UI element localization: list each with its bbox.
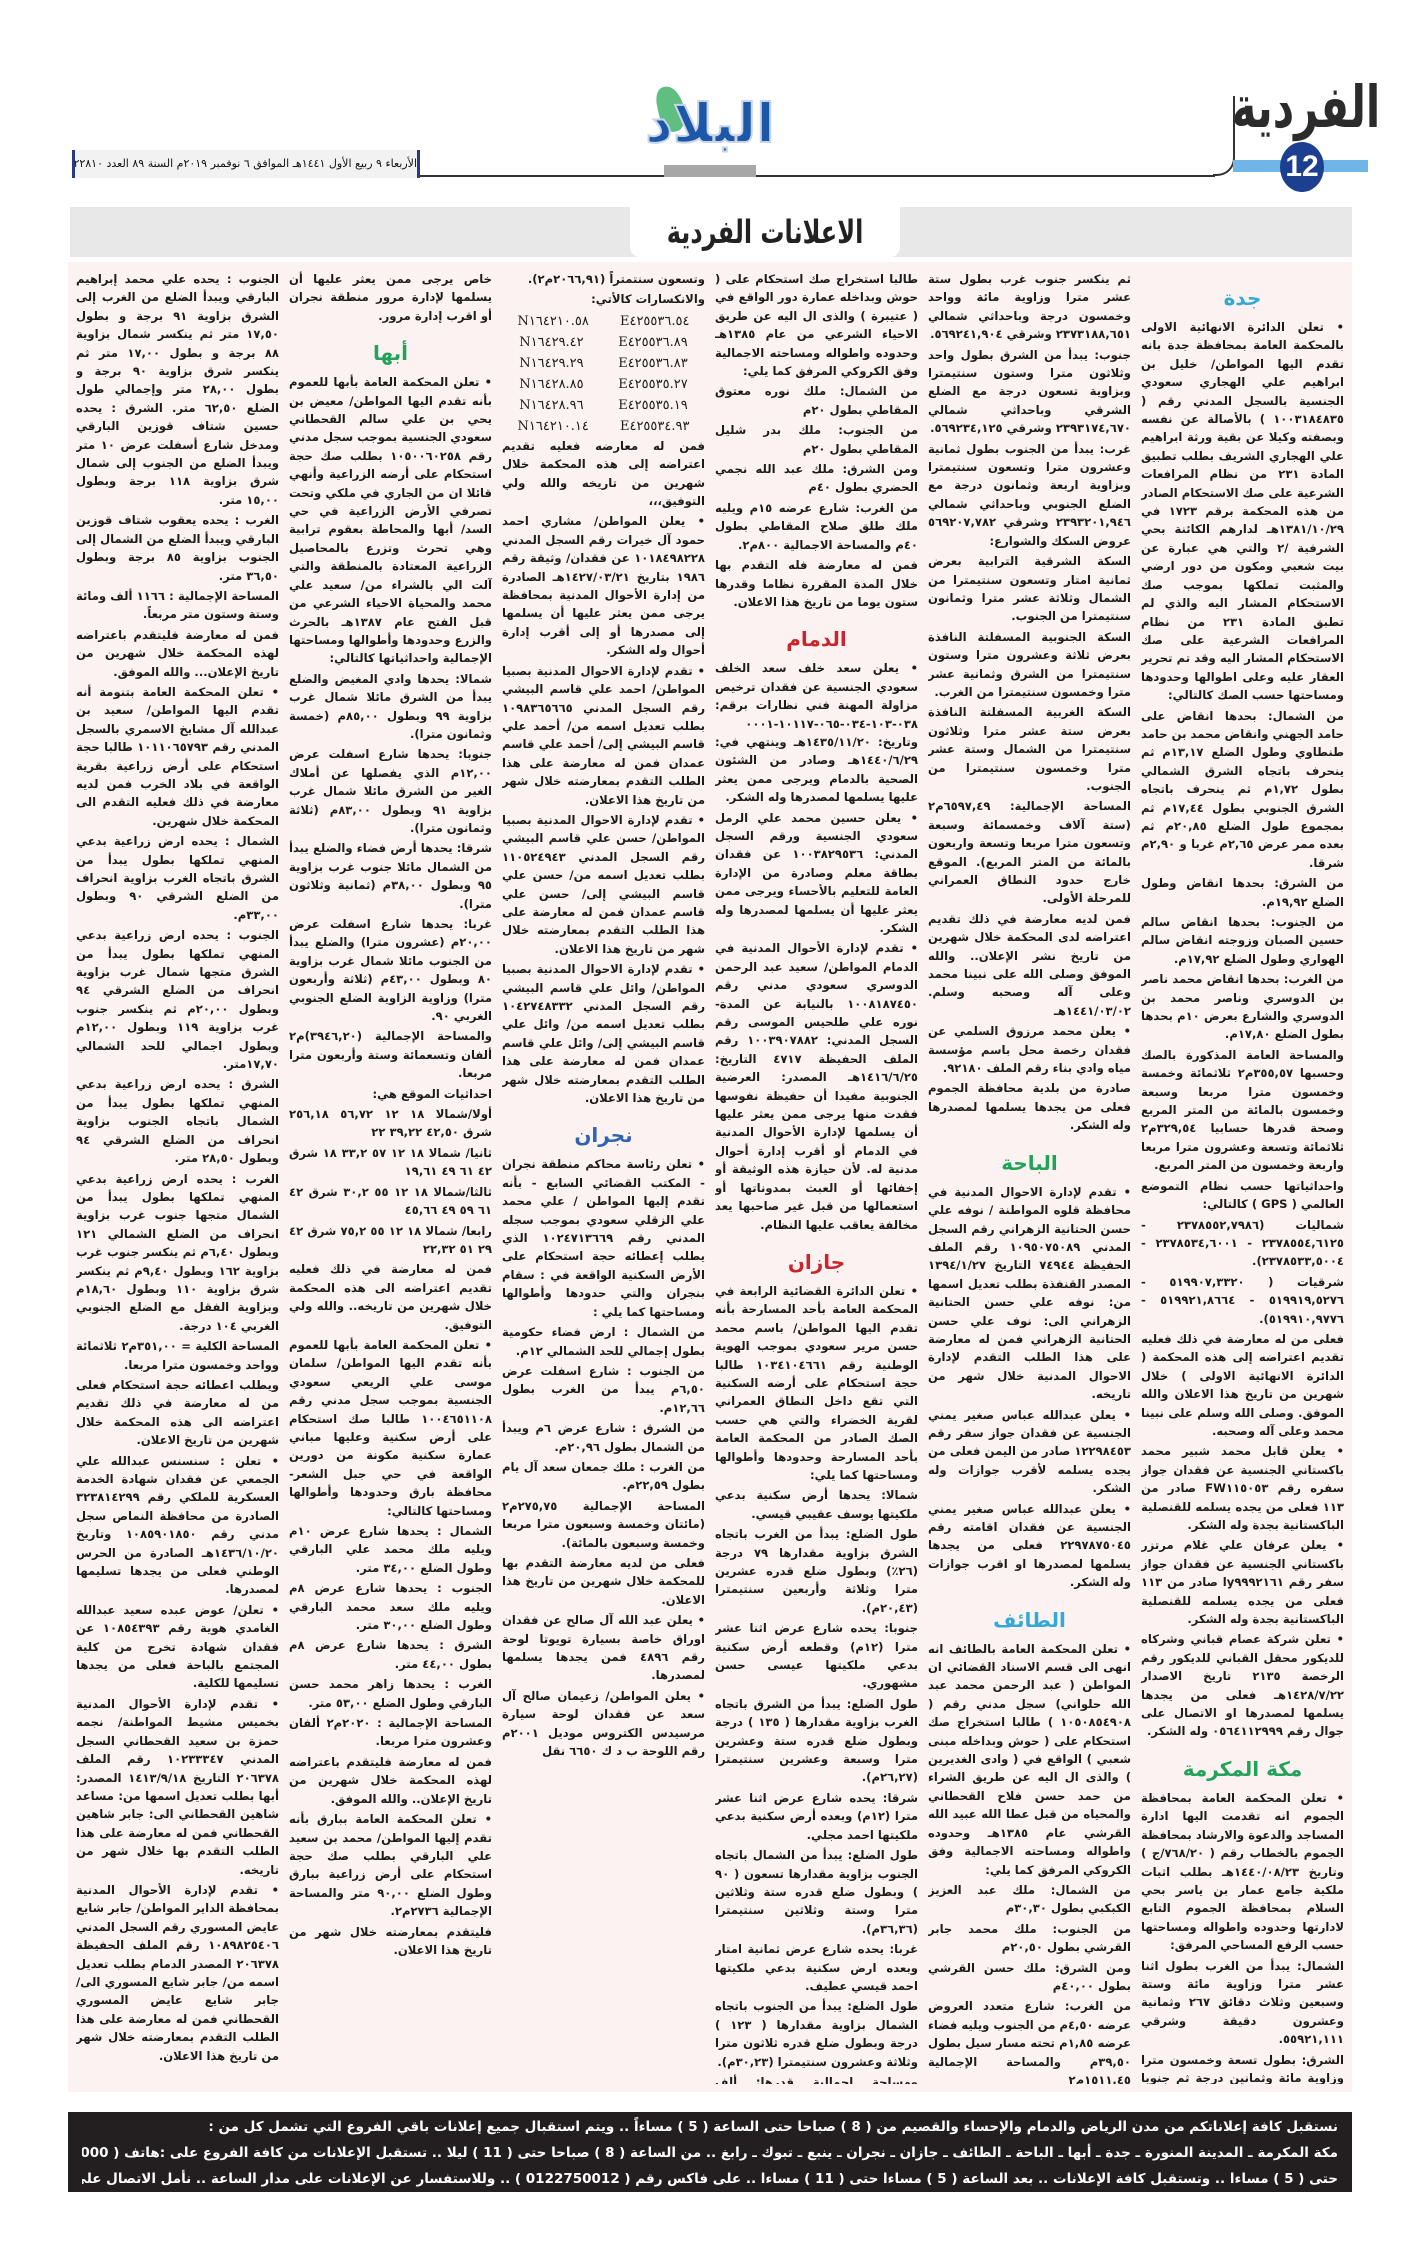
classified-ad: تعلن المحكمة العامة بتنومة أنه تقدم اليه… <box>76 683 279 830</box>
classified-ad: يعلن سعد خلف سعد الخلف سعودي الجنسية عن … <box>715 659 918 806</box>
ad-paragraph: شرقا: يحده شارع عرض اثنا عشر مترا (١٢م) … <box>715 1789 918 1844</box>
ad-paragraph: السكة الشرقية الترابية بعرض ثمانية امتار… <box>928 552 1131 626</box>
ad-paragraph: والمساحة الإجمالية (٣٩٤٦,٢٠)م٢ ألفان وتس… <box>289 1027 492 1082</box>
ad-paragraph: رابعا/ شمالا ١٨ ١٢ ٥٥ ٧٥,٢ شرق ٤٢ ٢٩ ٥١ … <box>289 1222 492 1259</box>
ad-paragraph: ثانيا/ شمالا ١٨ ١٢ ٥٧ ٣٣,٢ ١٨ شرق ٤٢ ٦١ … <box>289 1144 492 1181</box>
classified-ad: تعلن : سنسنس عبدالله علي الجمعي عن فقدان… <box>76 1452 279 1599</box>
classified-ad: يعلن عبد الله آل صالح عن فقدان اوراق خاص… <box>502 1611 705 1685</box>
ad-paragraph: صادرة من بلدية محافظة الجموم فعلى من يجد… <box>928 1079 1131 1134</box>
section-title: الفردية <box>1232 78 1380 136</box>
city-heading: أبها <box>289 341 492 365</box>
ad-paragraph: من الجنوب: ملك محمد جابر القرشي بطول ٢٠,… <box>928 1920 1131 1957</box>
city-heading: الباحة <box>928 1151 1131 1175</box>
ad-paragraph: شرقا: يحدها أرض فضاء والضلع يبدأ من الشم… <box>289 839 492 913</box>
page-number: 12 <box>1280 142 1324 192</box>
classified-ad: تعلن شركة عصام قباني وشركاه للديكور محقل… <box>1141 1630 1344 1740</box>
ad-paragraph: الجنوب : يحده علي محمد إبراهيم البارقي و… <box>76 270 279 509</box>
ad-paragraph: من الغرب : ملك جمعان سعد آل يام بطول ٢٢,… <box>502 1458 705 1495</box>
footer-line-3: حتى ( 5 ) مساءا .. وتستقبل كافة الإعلانا… <box>82 2166 1338 2192</box>
ad-paragraph: من الشرق: بحدها انقاض وطول الضلع ١٩,٩٢م. <box>1141 874 1344 911</box>
column-5: خاص يرجى ممن يعثر عليها أن يسلمها لإدارة… <box>289 270 492 2084</box>
classified-ad: تعلن المحكمة العامة بأبها للعموم بأنه تق… <box>289 373 492 668</box>
ad-paragraph: فمن له معارضة فليتقدم باعتراضه لهذه المح… <box>289 1753 492 1808</box>
column-3: طالبا استخراج صك استحكام على ( حوش وبداخ… <box>715 270 918 2084</box>
classified-ad: تقدم لإدارة الاحوال المدنية بصبيا المواط… <box>502 662 705 809</box>
ad-paragraph: فمن له معارضة فله التقدم بها خلال المدة … <box>715 556 918 611</box>
ad-paragraph: غرب: يبدأ من الجنوب بطول ثمانية وعشرون م… <box>928 440 1131 550</box>
ad-paragraph: طول الضلع: يبدأ من الشمال باتجاه الجنوب … <box>715 1846 918 1938</box>
ad-paragraph: الغرب : يحده ارض زراعية بدعي المنهي تملك… <box>76 1170 279 1336</box>
easting-value: E٤٢٥٥٣٦.٨٣ <box>618 353 688 374</box>
ad-paragraph: من الغرب: شارع متعدد العروض عرضه ٤,٥٠م م… <box>928 1997 1131 2084</box>
ad-paragraph: ثم ينكسر جنوب غرب بطول ستة عشر مترا وزاو… <box>928 270 1131 344</box>
ad-paragraph: من الشمال: ملك نوره معتوق المقاطي بطول ٢… <box>715 382 918 419</box>
city-heading: الطائف <box>928 1608 1131 1632</box>
ad-paragraph: المساحة الإجمالية : ٢٠٢٠م٢ ألفان وعشرون … <box>289 1714 492 1751</box>
ad-paragraph: شرقيات ( ٥١٩٩٠٧,٣٣٢٠ - ٥١٩٩١٩,٥٢٧٦ - ٥١٩… <box>1141 1273 1344 1328</box>
ad-paragraph: المساحة الإجمالية: ٦٥٩٧,٤٩م٢ (ستة آلاف و… <box>928 797 1131 907</box>
classified-ad: يعلن حسين محمد علي الرمل سعودي الجنسية و… <box>715 809 918 938</box>
classified-ad: تقدم لإدارة الأحوال المدنية في الدمام ال… <box>715 939 918 1234</box>
logo-underbar <box>664 165 756 177</box>
ad-paragraph: السكة الجنوبية المسفلتة النافذة بعرض ثلا… <box>928 628 1131 702</box>
ad-paragraph: احداثيات الموقع هي: <box>289 1085 492 1103</box>
ad-paragraph: وتسعون سنتمتراً (٢٠٦٦,٩١م٢). <box>502 270 705 288</box>
ad-paragraph: جنوبا: يحده شارع عرض اثنا عشر مترا (١٢م)… <box>715 1619 918 1693</box>
city-heading: نجران <box>502 1123 705 1147</box>
easting-value: E٤٢٥٥٣٦.٥٤ <box>620 311 690 332</box>
coordinate-row: N١٦٤٢٨.٨٥E٤٢٥٥٣٥.٢٧ <box>502 374 705 395</box>
city-heading: جازان <box>715 1250 918 1274</box>
northing-value: N١٦٤٢١٠.١٤ <box>518 416 589 437</box>
ad-paragraph: من الشرق : شارع عرض ٦م ويبدأ من الشمال ب… <box>502 1419 705 1456</box>
classified-ad: تقدم لإدارة الأحوال المدنية بمحافظة الدا… <box>76 1881 279 2065</box>
ad-paragraph: خاص يرجى ممن يعثر عليها أن يسلمها لإدارة… <box>289 270 492 325</box>
ad-paragraph: فمن له معارضة فليتقدم باعتراضه لهذه المح… <box>76 626 279 681</box>
classified-ad: تعلن الدائرة القضائية الرابعة في المحكمة… <box>715 1282 918 1484</box>
section-banner: الاعلانات الفردية <box>70 207 1352 257</box>
ad-paragraph: من الجنوب: بحدها انقاض سالم حسين الصبان … <box>1141 913 1344 968</box>
ad-paragraph: واحداثياتها حسب نظام التموضع العالمي ( G… <box>1141 1177 1344 1214</box>
ad-paragraph: غربا: يحده شارع عرض ثمانية امتار وبعده ا… <box>715 1940 918 1995</box>
ad-paragraph: الشمال : يحده ارض زراعية بدعي المنهي تمل… <box>76 832 279 924</box>
classified-ad: تعلن المحكمة العامة ببارق بأنه تقدم إليه… <box>289 1810 492 1920</box>
ad-paragraph: طول الضلع: يبدأ من الشرق باتجاه الغرب بز… <box>715 1695 918 1787</box>
ad-paragraph: فليتقدم بمعارضته خلال شهر من تاريخ هذا ا… <box>289 1923 492 1960</box>
ad-paragraph: الغرب : يحدها زاهر محمد حسن البارقي وطول… <box>289 1675 492 1712</box>
column-6: الجنوب : يحده علي محمد إبراهيم البارقي و… <box>76 270 279 2084</box>
newspaper-logo: البلاد <box>640 78 780 170</box>
coordinate-row: N١٦٤٢٩.٤٢E٤٢٥٥٣٦.٨٩ <box>502 332 705 353</box>
northing-value: N١٦٤٢٩.٤٢ <box>519 332 583 353</box>
ad-paragraph: السكة الغربية المسفلتة النافذة بعرض ستة … <box>928 703 1131 795</box>
classified-ad: يعلن عبدالله عباس صغير يمني الجنسية عن ف… <box>928 1500 1131 1592</box>
northing-value: N١٦٤٢٩.٢٩ <box>519 353 583 374</box>
classified-ad: تعلن الدائرة الانهائية الاولى بالمحكمة ا… <box>1141 318 1344 705</box>
ad-paragraph: فمن له معارضة في ذلك فعليه تقديم اعتراضه… <box>289 1260 492 1334</box>
classified-ad: تقدم لإدارة الاحوال المدنية بصبيا المواط… <box>502 811 705 958</box>
classified-ad: تقدم لإدارة الاحوال المدنية في محافظة قل… <box>928 1183 1131 1404</box>
ad-paragraph: أولا/شمالا ١٨ ١٢ ٥٦,٧٢ ٢٥٦,١٨ شرق ٤٢,٥٠ … <box>289 1105 492 1142</box>
classified-ad: تعلن المحكمة العامة بمحافظة الجموم انه ت… <box>1141 1789 1344 1955</box>
ad-paragraph: جنوبا: يحدها شارع اسفلت عرض ١٢,٠٠م الذي … <box>289 745 492 837</box>
classified-ad: تعلن المحكمة العامة بالطائف انه انهى الى… <box>928 1640 1131 1879</box>
ad-paragraph: الغرب : يحده يعقوب شتاف قوزين البارقي وي… <box>76 511 279 585</box>
ad-paragraph: طول الضلع: يبدأ من الغرب باتجاه الشرق بز… <box>715 1525 918 1617</box>
coordinate-row: N١٦٤٢١٠.٥٨E٤٢٥٥٣٦.٥٤ <box>502 311 705 332</box>
ad-paragraph: ومن الشرق: ملك عبد الله نجمي الحضري بطول… <box>715 460 918 497</box>
northing-value: N١٦٤٢٨.٨٥ <box>519 374 583 395</box>
ad-paragraph: شمالا: يحدها أرض سكنية بدعي ملكيتها يوسف… <box>715 1486 918 1523</box>
ad-paragraph: من الغرب: بحدها انقاض محمد ناصر بن الدوس… <box>1141 970 1344 1044</box>
ad-paragraph: الشمال : يحدها شارع عرض ١٠م ويليه ملك مح… <box>289 1522 492 1577</box>
northing-value: N١٦٤٢٨.٩٦ <box>519 395 583 416</box>
ad-paragraph: شماليات (٢٣٧٨٥٥٢,٧٩٨٦ - ٢٣٧٨٥٥٤,٦١٢٥ - ٢… <box>1141 1216 1344 1271</box>
banner-tab: الاعلانات الفردية <box>630 207 900 257</box>
ad-paragraph: فعلى من له معارضة في ذلك فعليه تقديم اعت… <box>1141 1330 1344 1440</box>
footer-line-2: مكة المكرمة ـ المدينة المنورة ـ جدة ـ أب… <box>82 2140 1338 2166</box>
easting-value: E٤٢٥٥٣٥.١٩ <box>618 395 688 416</box>
header-curve-divider <box>1213 96 1235 176</box>
ad-paragraph: الشرق : يحدها شارع عرض ٨م بطول ٤٤,٠٠ متر… <box>289 1636 492 1673</box>
classified-ad: تعلن المحكمة العامة بأبها للعموم بأنه تق… <box>289 1336 492 1520</box>
ad-paragraph: فمن له معارضه فعليه تقديم اعتراضه إلى هذ… <box>502 437 705 511</box>
ad-paragraph: طول الضلع: يبدأ من الجنوب باتجاه الشمال … <box>715 1997 918 2071</box>
dateline: الأربعاء ٩ ربيع الأول ١٤٤١هـ الموافق ٦ ن… <box>72 150 420 178</box>
classified-ad: يعلن المواطن/ زعيمان صالح آل سعد عن فقدا… <box>502 1687 705 1761</box>
ad-paragraph: ثالثا/شمالا ١٨ ١٢ ٥٥ ٣٠,٢ شرق ٤٢ ٦١ ٥٩ ٤… <box>289 1183 492 1220</box>
ad-paragraph: من الشمال: بحدها انقاض على حامد الجهني و… <box>1141 707 1344 873</box>
ad-paragraph: والمساحة العامة المذكورة بالصك وحسبها ٣٥… <box>1141 1046 1344 1175</box>
masthead: الفردية 12 البلاد الأربعاء ٩ ربيع الأول … <box>0 0 1420 200</box>
advertising-info-footer: نستقبل كافة إعلاناتكم من مدن الرياض والد… <box>68 2112 1352 2192</box>
ad-paragraph: شمالا: يحدها وادي المغيض والضلع يبدأ من … <box>289 670 492 744</box>
ad-paragraph: الجنوب : يحدها شارع عرض ٨م ويليه ملك سعد… <box>289 1579 492 1634</box>
ad-paragraph: من الجنوب: ملك بدر شليل المقاطي بطول ٢٠م <box>715 421 918 458</box>
classified-ad: تقدم لإدارة الاحوال المدنية بصبيا المواط… <box>502 960 705 1107</box>
classified-ad: يعلن عرفان علي غلام مرتزر باكستاني الجنس… <box>1141 1536 1344 1628</box>
classified-ad: يعلن محمد مرزوق السلمي عن فقدان رخصة محل… <box>928 1022 1131 1077</box>
coordinate-row: N١٦٤٢١٠.١٤E٤٢٥٥٣٤.٩٣ <box>502 416 705 437</box>
coordinates-table: N١٦٤٢١٠.٥٨E٤٢٥٥٣٦.٥٤N١٦٤٢٩.٤٢E٤٢٥٥٣٦.٨٩N… <box>502 311 705 437</box>
ad-paragraph: المساحة الإجمالية ٢٧٥,٧٥م٢ (مائتان وخمسة… <box>502 1497 705 1552</box>
city-heading: مكة المكرمة <box>1141 1757 1344 1781</box>
ad-paragraph: المساحة الكلية = ٣٥١,٠٠م٢ ثلاثمائة وواحد… <box>76 1337 279 1374</box>
ad-paragraph: من الشمال: ملك عبد العزيز الكبكبي بطول ٣… <box>928 1881 1131 1918</box>
ad-paragraph: والانكسارات كالأتي: <box>502 290 705 308</box>
classified-ad: تعلن رئاسة محاكم منطقة نجران - المكتب ال… <box>502 1155 705 1321</box>
coordinate-row: N١٦٤٢٩.٢٩E٤٢٥٥٣٦.٨٣ <box>502 353 705 374</box>
ad-paragraph: فمن لديه معارضة في ذلك تقديم اعتراضه لدى… <box>928 910 1131 1020</box>
easting-value: E٤٢٥٥٣٤.٩٣ <box>620 416 690 437</box>
column-4: وتسعون سنتمتراً (٢٠٦٦,٩١م٢).والانكسارات … <box>502 270 705 2084</box>
ad-paragraph: من الغرب: شارع عرضه ١٥م ويليه ملك طلق صل… <box>715 499 918 554</box>
ad-paragraph: جنوب: يبدأ من الشرق بطول واحد وثلاثون مت… <box>928 346 1131 438</box>
northing-value: N١٦٤٢١٠.٥٨ <box>518 311 589 332</box>
ad-paragraph: الجنوب : يحده ارض زراعية بدعي المنهي تمل… <box>76 926 279 1073</box>
easting-value: E٤٢٥٥٣٦.٨٩ <box>618 332 688 353</box>
ad-paragraph: ومساحة اجمالية قدرها: ألف وسبعمائة وسبعة… <box>715 2073 918 2084</box>
ad-paragraph: غربا: يحدها شارع اسفلت عرض ٢٠,٠٠م (عشرون… <box>289 915 492 1025</box>
ad-paragraph: من الجنوب : شارع اسفلت عرض ٦,٥٠م يبدأ من… <box>502 1362 705 1417</box>
ad-paragraph: ويطلب اعطائه حجة استحكام فعلى من له معار… <box>76 1376 279 1450</box>
ad-paragraph: فعلى من لديه معارضة التقدم بها للمحكمة خ… <box>502 1554 705 1609</box>
classified-ad: يعلن المواطن/ مشاري احمد حمود آل خيرات ر… <box>502 512 705 659</box>
column-1: جدةتعلن الدائرة الانهائية الاولى بالمحكم… <box>1141 270 1344 2084</box>
footer-line-1: نستقبل كافة إعلاناتكم من مدن الرياض والد… <box>82 2114 1338 2140</box>
ad-paragraph: ومن الشرق: ملك حسن القرشي بطول ٤٠,٠٠م <box>928 1959 1131 1996</box>
city-heading: الدمام <box>715 627 918 651</box>
ad-paragraph: المساحة الإجمالية : ١١٦٦ ألف ومائة وستة … <box>76 587 279 624</box>
banner-title: الاعلانات الفردية <box>667 207 864 257</box>
classified-ad: يعلن عبدالله عباس صغير يمني الجنسية عن ف… <box>928 1406 1131 1498</box>
city-heading: جدة <box>1141 286 1344 310</box>
classified-ad: يعلن قابل محمد شبير محمد باكستاني الجنسي… <box>1141 1442 1344 1534</box>
classified-ad: تعلن/ عوض عبده سعيد عبدالله الغامدي هوية… <box>76 1601 279 1693</box>
ad-paragraph: الشرق : يحده ارض زراعية بدعي المنهي تملك… <box>76 1075 279 1167</box>
coordinate-row: N١٦٤٢٨.٩٦E٤٢٥٥٣٥.١٩ <box>502 395 705 416</box>
classifieds-content: جدةتعلن الدائرة الانهائية الاولى بالمحكم… <box>68 262 1352 2092</box>
easting-value: E٤٢٥٥٣٥.٢٧ <box>618 374 688 395</box>
ad-paragraph: الشرق: بطول تسعة وخمسون مترا وزاوية مائة… <box>1141 2051 1344 2084</box>
ad-paragraph: طالبا استخراج صك استحكام على ( حوش وبداخ… <box>715 270 918 380</box>
logo-text: البلاد <box>640 78 780 170</box>
ad-paragraph: من الشمال : ارض فضاء حكومية بطول إجمالي … <box>502 1323 705 1360</box>
ad-paragraph: الشمال: يبدأ من الغرب بطول اثنا عشر مترا… <box>1141 1957 1344 2049</box>
classified-ad: تقدم لإدارة الأحوال المدنية بخميس مشيط ا… <box>76 1695 279 1879</box>
column-2: ثم ينكسر جنوب غرب بطول ستة عشر مترا وزاو… <box>928 270 1131 2084</box>
